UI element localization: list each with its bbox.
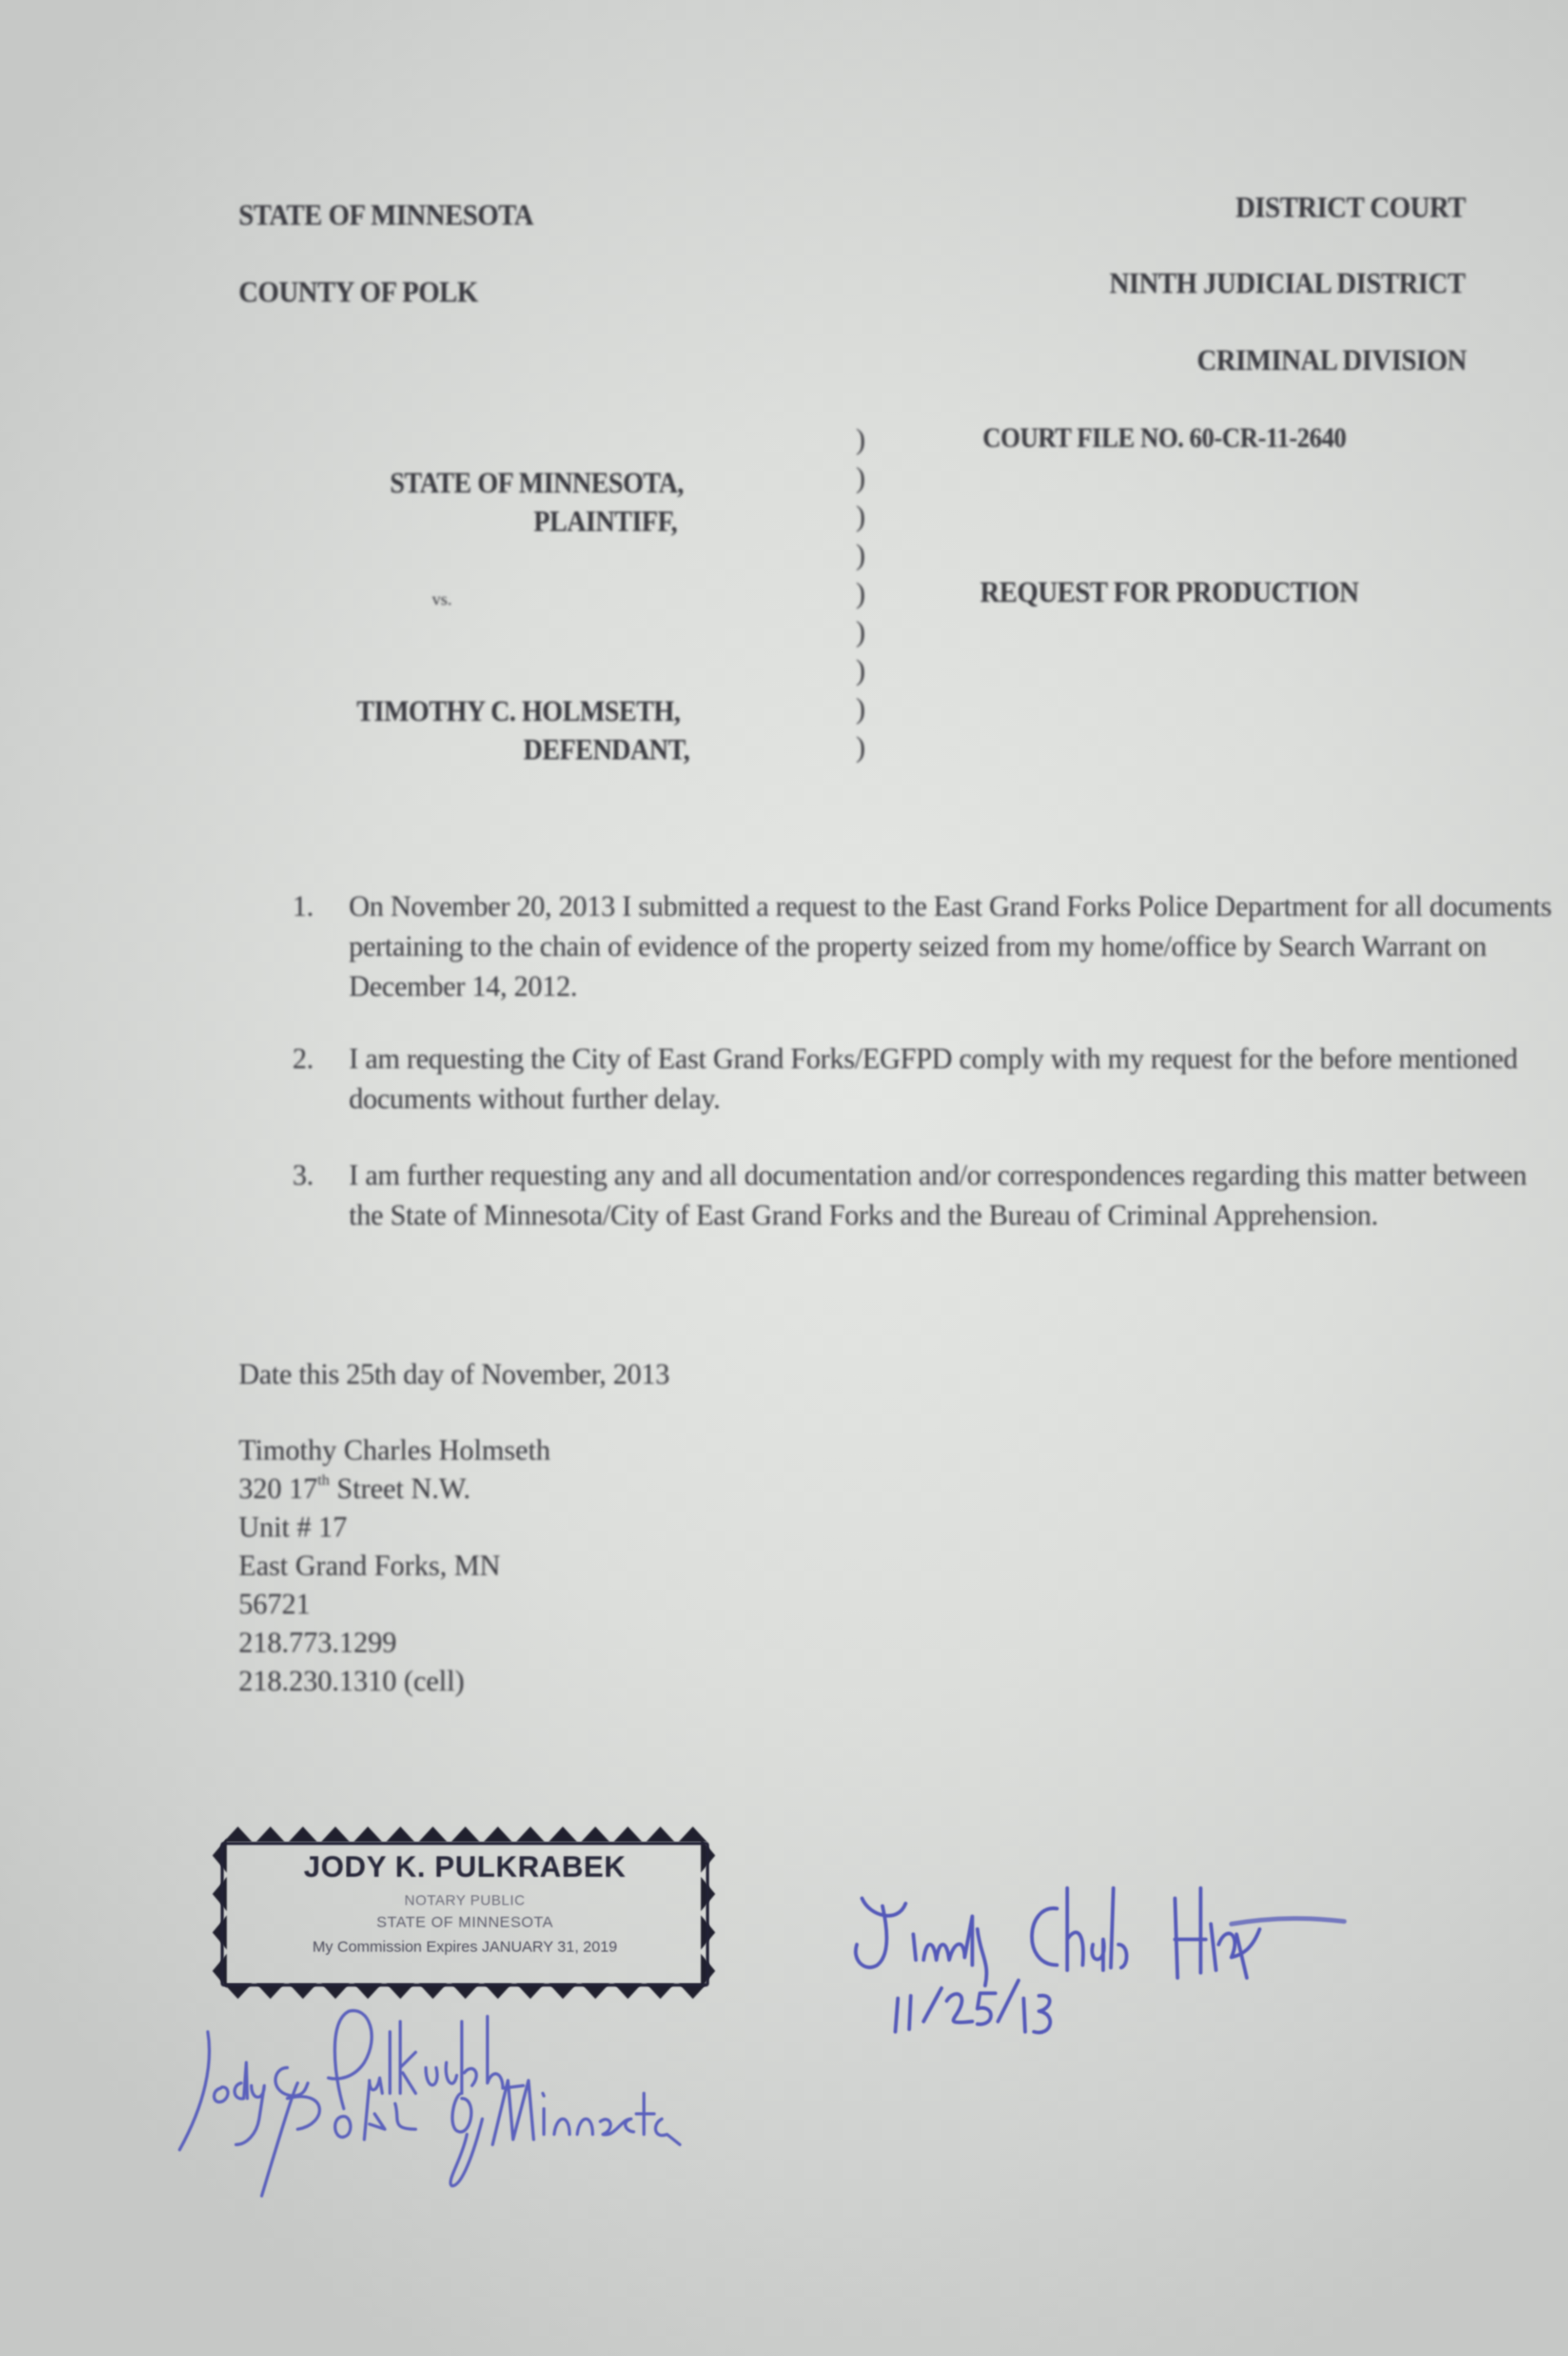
street-address: 320 17th Street N.W. [239,1470,551,1508]
paragraph-number: 1. [292,887,313,927]
cell-number: 218.230.1310 (cell) [239,1662,551,1701]
caption-parenthesis: ) [856,693,866,725]
court-file-number: COURT FILE NO. 60-CR-11-2640 [983,422,1346,454]
phone-number: 218.773.1299 [239,1624,551,1662]
caption-parenthesis: ) [856,616,866,649]
signature-block: Timothy Charles Holmseth 320 17th Street… [239,1431,551,1701]
caption-parenthesis: ) [856,462,866,495]
notary-title: NOTARY PUBLIC [221,1892,709,1909]
header-state: STATE OF MINNESOTA [239,198,533,232]
caption-parenthesis: ) [856,423,866,456]
notary-name: JODY K. PULKRABEK [221,1850,709,1884]
caption-parenthesis: ) [856,539,866,572]
caption-parenthesis: ) [856,731,866,764]
header-court: DISTRICT COURT [1236,190,1465,224]
document-page: { "header": { "left": ["STATE OF MINNESO… [0,0,1568,2356]
dated-line: Date this 25th day of November, 2013 [239,1354,670,1395]
paragraph-text: On November 20, 2013 I submitted a reque… [349,887,1560,1007]
notary-commission: My Commission Expires JANUARY 31, 2019 [221,1938,709,1956]
paragraph-number: 2. [292,1039,313,1079]
stamp-top-border-teeth [221,1827,708,1842]
defendant-role: DEFENDANT, [523,734,690,767]
signer-name: Timothy Charles Holmseth [239,1431,551,1470]
paragraph-text: I am further requesting any and all docu… [349,1155,1560,1235]
header-division: CRIMINAL DIVISION [1197,343,1466,377]
unit-number: Unit # 17 [239,1508,551,1547]
document-title: REQUEST FOR PRODUCTION [980,575,1359,609]
caption-parenthesis: ) [856,577,866,610]
notary-signature: Jody K Pulkrabek [174,1991,893,2206]
city-state: East Grand Forks, MN [239,1547,551,1585]
zip-code: 56721 [239,1585,551,1624]
paragraph-text: I am requesting the City of East Grand F… [349,1039,1529,1119]
paragraph-number: 3. [292,1155,313,1195]
plaintiff-role: PLAINTIFF, [534,505,677,538]
caption-parenthesis: ) [856,654,866,687]
defendant-name: TIMOTHY C. HOLMSETH, [357,695,680,728]
header-district: NINTH JUDICIAL DISTRICT [1110,266,1465,300]
versus-label: vs. [432,590,452,610]
signer-signature: Timothy Charles Holmseth [841,1868,1365,2052]
caption-parenthesis: ) [856,500,866,533]
plaintiff-name: STATE OF MINNESOTA, [390,467,683,500]
header-county: COUNTY OF POLK [239,274,478,309]
notary-state: STATE OF MINNESOTA [221,1914,709,1931]
